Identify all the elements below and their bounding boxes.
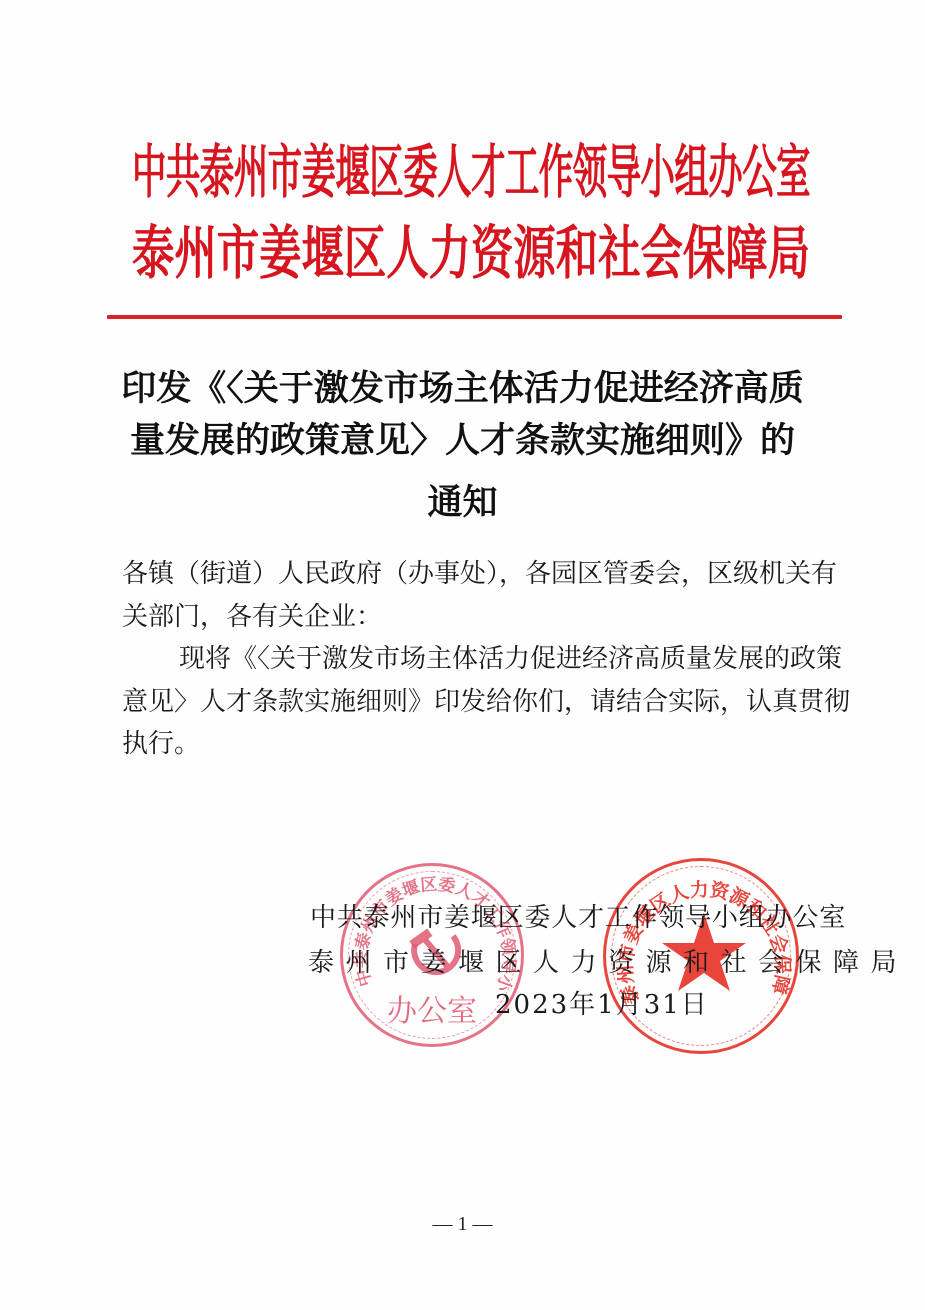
document-page: 中共泰州市姜堰区委人才工作领导小组办公室 泰州市姜堰区人力资源和社会保障局 印发… xyxy=(0,0,925,1310)
paragraph-line-1: 现将《〈关于激发市场主体活力促进经济高质量发展的政策 xyxy=(122,638,812,681)
paragraph-line-3: 执行。 xyxy=(122,723,812,766)
addressee-line-1: 各镇（街道）人民政府（办事处），各园区管委会，区级机关有 xyxy=(122,553,812,596)
document-body: 各镇（街道）人民政府（办事处），各园区管委会，区级机关有 关部门，各有关企业： … xyxy=(122,553,812,766)
document-title-line-3: 通知 xyxy=(0,482,925,524)
signature-org-1: 中共泰州市姜堰区委人才工作领导小组办公室 xyxy=(310,903,846,933)
signature-date: 2023年1月31日 xyxy=(495,990,709,1020)
document-title-line-1: 印发《〈关于激发市场主体活力促进经济高质 xyxy=(0,368,925,410)
issuer-header-line-1: 中共泰州市姜堰区委人才工作领导小组办公室 xyxy=(132,140,810,204)
addressee-line-2: 关部门，各有关企业： xyxy=(122,596,812,639)
page-number: — 1 — xyxy=(0,1213,925,1236)
paragraph-line-2: 意见〉人才条款实施细则》印发给你们，请结合实际，认真贯彻 xyxy=(122,681,812,724)
red-header-rule xyxy=(107,315,842,319)
signature-org-2: 泰州市姜堰区人力资源和社会保障局 xyxy=(308,948,908,978)
issuer-header-line-2: 泰州市姜堰区人力资源和社会保障局 xyxy=(132,220,810,286)
document-title-line-2: 量发展的政策意见〉人才条款实施细则》的 xyxy=(0,420,925,462)
